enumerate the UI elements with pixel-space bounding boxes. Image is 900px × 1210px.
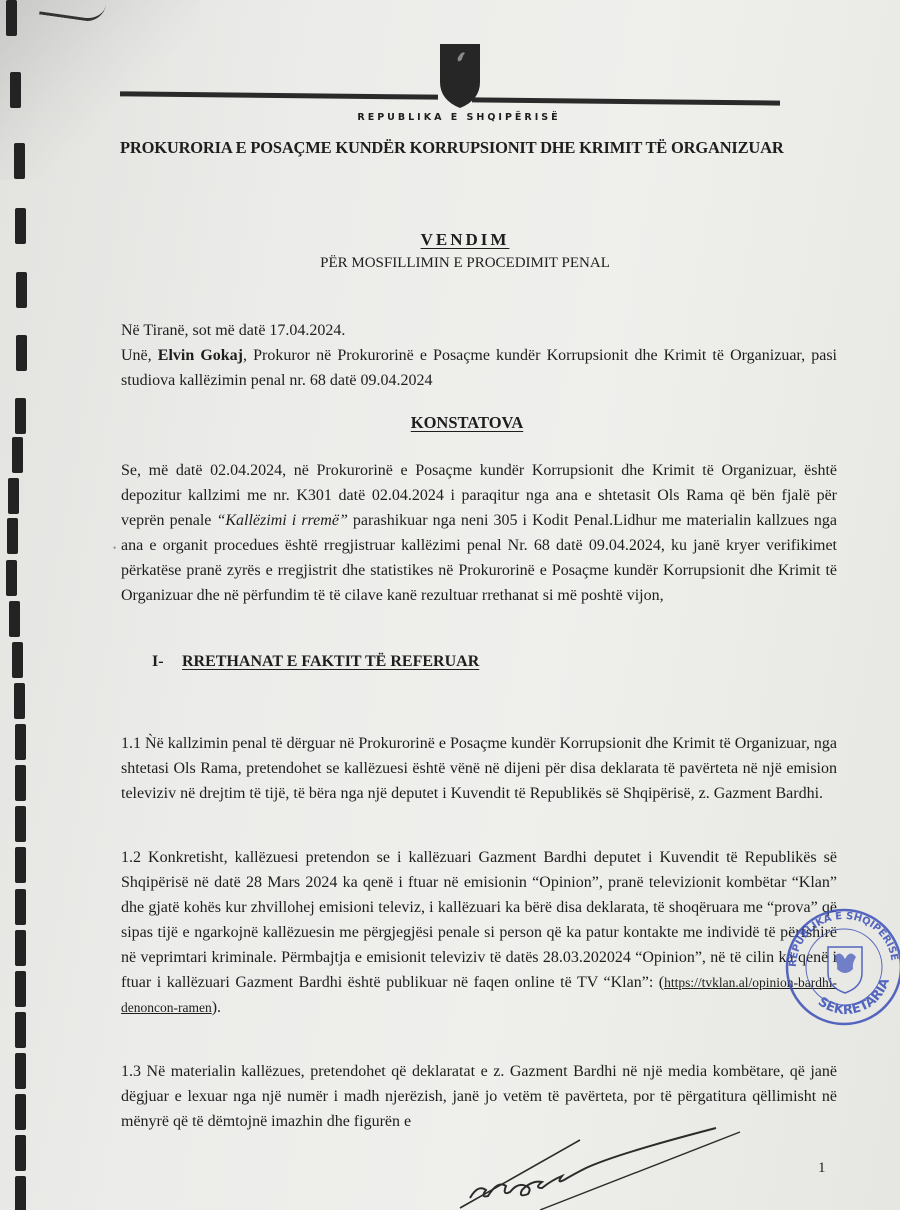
binding-hole: [14, 143, 25, 179]
place-date: Në Tiranë, sot më datë 17.04.2024.: [121, 318, 837, 343]
binding-hole: [10, 72, 21, 108]
section-heading: I-RRETHANAT E FAKTIT TË REFERUAR: [152, 653, 479, 671]
konstatova-heading-text: KONSTATOVA: [411, 413, 523, 432]
paragraph-1-2-text: 1.2 Konkretisht, kallëzuesi pretendon se…: [121, 849, 837, 991]
binding-hole: [15, 1012, 26, 1048]
binding-hole: [9, 601, 20, 637]
official-stamp-icon: REPUBLIKA E SHQIPËRISË SEKRETARIA: [782, 905, 900, 1030]
marginal-mark: •: [113, 543, 116, 553]
stamp-bottom-text: SEKRETARIA: [815, 976, 893, 1018]
paragraph-1-2-end: ).: [212, 999, 221, 1016]
binding-hole: [15, 806, 26, 842]
document-title-text: VENDIM: [421, 230, 510, 249]
binding-hole: [12, 437, 23, 473]
statement-prefix: Unë,: [121, 347, 158, 364]
binding-hole: [15, 1135, 26, 1171]
svg-text:SEKRETARIA: SEKRETARIA: [815, 976, 893, 1018]
binding-hole: [15, 1053, 26, 1089]
binding-hole: [15, 847, 26, 883]
binding-hole: [16, 272, 27, 308]
page-number: 1: [818, 1160, 826, 1177]
konstatova-paragraph: Se, më datë 02.04.2024, në Prokurorinë e…: [121, 458, 837, 608]
binding-hole: [15, 1176, 26, 1210]
institution-name: PROKURORIA E POSAÇME KUNDËR KORRUPSIONIT…: [120, 138, 800, 158]
paragraph-1-1: 1.1 Ǹë kallzimin penal të dërguar në Pro…: [121, 731, 837, 806]
header-rule-left: [120, 91, 438, 99]
prosecutor-name: Elvin Gokaj: [158, 347, 243, 364]
konstatova-heading: KONSTATOVA: [0, 413, 900, 433]
paragraph-1-2: 1.2 Konkretisht, kallëzuesi pretendon se…: [121, 845, 837, 1020]
handwritten-signature-icon: [440, 1120, 760, 1210]
offense-name: “Kallëzimi i rremë”: [216, 512, 347, 529]
binding-hole: [6, 560, 17, 596]
section-title: RRETHANAT E FAKTIT TË REFERUAR: [182, 653, 479, 670]
binding-hole: [8, 478, 19, 514]
binding-hole: [15, 971, 26, 1007]
header-rule-right: [472, 97, 780, 105]
binding-hole: [15, 889, 26, 925]
binding-hole: [6, 0, 17, 36]
prosecutor-statement: Unë, Elvin Gokaj, Prokuror në Prokurorin…: [121, 343, 837, 393]
binding-hole: [15, 765, 26, 801]
binding-hole: [15, 930, 26, 966]
paragraph-1-1-text: 1.1 Ǹë kallzimin penal të dërguar në Pro…: [121, 731, 837, 806]
binding-holes: [0, 0, 40, 1210]
pen-mark: [39, 0, 106, 23]
intro-block: Në Tiranë, sot më datë 17.04.2024. Unë, …: [121, 318, 837, 393]
section-number: I-: [152, 653, 182, 671]
binding-hole: [16, 335, 27, 371]
binding-hole: [14, 683, 25, 719]
binding-hole: [12, 642, 23, 678]
country-name: REPUBLIKA E SHQIPËRISË: [0, 112, 900, 123]
document-subtitle: PËR MOSFILLIMIN E PROCEDIMIT PENAL: [0, 255, 900, 272]
binding-hole: [15, 1094, 26, 1130]
binding-hole: [7, 518, 18, 554]
binding-hole: [15, 724, 26, 760]
document-title: VENDIM: [0, 230, 900, 250]
